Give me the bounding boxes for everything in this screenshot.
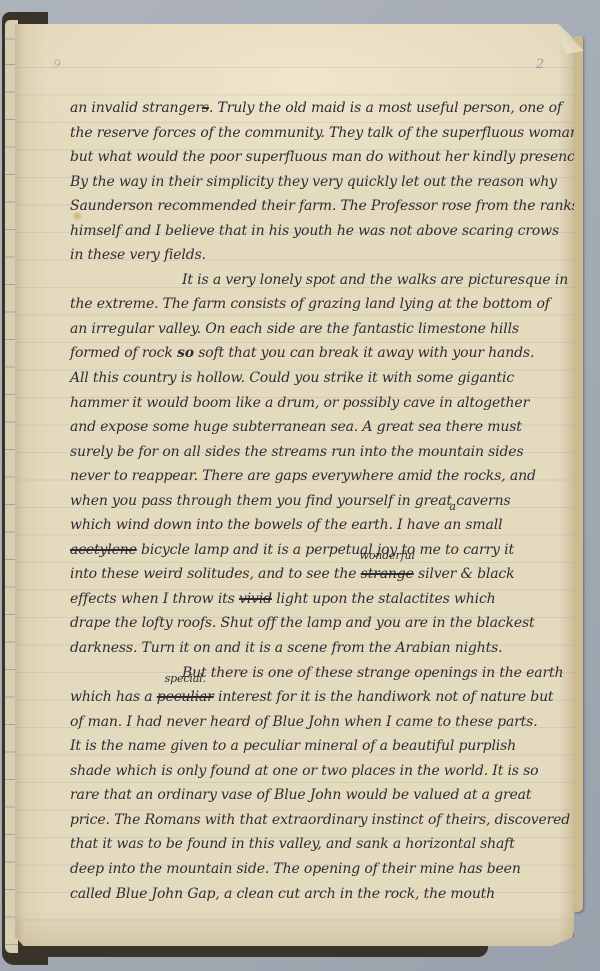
text-segment: drape the lofty roofs. Shut off the lamp… xyxy=(70,615,534,631)
text-segment: light upon the stalactites which xyxy=(272,591,496,607)
manuscript-line: But there is one of these strange openin… xyxy=(70,661,586,686)
text-segment: never to reappear. There are gaps everyw… xyxy=(70,468,536,484)
manuscript-line: an irregular valley. On each side are th… xyxy=(70,317,586,342)
page-stack-edge xyxy=(574,36,583,912)
inserted-word-above: wonderful xyxy=(360,550,415,561)
text-segment: in these very fields. xyxy=(70,247,206,263)
manuscript-line: the extreme. The farm consists of grazin… xyxy=(70,292,586,317)
text-segment: bicycle lamp and it is a perpetual joy t… xyxy=(137,542,514,558)
text-segment: soft that you can break it away with you… xyxy=(194,345,534,361)
text-segment: interest for it is the handiwork not of … xyxy=(214,689,554,705)
text-segment: which wind down into the bowels of the e… xyxy=(70,517,444,533)
manuscript-line: that it was to be found in this valley, … xyxy=(70,832,586,857)
manuscript-line: formed of rock so soft that you can brea… xyxy=(70,341,586,366)
text-segment: formed of rock xyxy=(70,345,177,361)
inserted-word-above: special. xyxy=(165,673,206,684)
text-segment: price. The Romans with that extraordinar… xyxy=(70,812,570,828)
scan-background: 9 2 an invalid strangers. Truly the old … xyxy=(0,0,600,971)
text-segment: when you pass through them you find your… xyxy=(70,493,511,509)
text-segment: silver & black xyxy=(414,566,515,582)
manuscript-line: hammer it would boom like a drum, or pos… xyxy=(70,391,586,416)
text-segment: into these weird solitudes, and to see t… xyxy=(70,566,361,582)
manuscript-line: It is a very lonely spot and the walks a… xyxy=(70,268,586,293)
manuscript-line: All this country is hollow. Could you st… xyxy=(70,366,586,391)
text-segment: the extreme. The farm consists of grazin… xyxy=(70,296,550,312)
text-segment: the reserve forces of the community. The… xyxy=(70,125,583,141)
text-segment: darkness. Turn it on and it is a scene f… xyxy=(70,640,502,656)
corrected-word: wonderfulstrange xyxy=(361,562,414,587)
manuscript-line: the reserve forces of the community. The… xyxy=(70,121,586,146)
struck-word: acetylene xyxy=(70,542,137,558)
manuscript-line: when you pass through them you find your… xyxy=(70,489,586,514)
struck-word: peculiar xyxy=(157,689,214,705)
manuscript-line: acetylene bicycle lamp and it is a perpe… xyxy=(70,538,586,563)
text-segment: effects when I throw its xyxy=(70,591,239,607)
manuscript-line: It is the name given to a peculiar miner… xyxy=(70,734,586,759)
manuscript-line: into these weird solitudes, and to see t… xyxy=(70,562,586,587)
text-segment: shade which is only found at one or two … xyxy=(70,763,538,779)
text-segment: All this country is hollow. Could you st… xyxy=(70,370,514,386)
manuscript-line: rare that an ordinary vase of Blue John … xyxy=(70,783,586,808)
manuscript-line: himself and I believe that in his youth … xyxy=(70,219,586,244)
text-segment: But there is one of these strange openin… xyxy=(182,665,563,681)
struck-word: s xyxy=(202,100,209,116)
manuscript-line: but what would the poor superfluous man … xyxy=(70,145,586,170)
text-segment: an invalid stranger xyxy=(70,100,202,116)
manuscript-page: 9 2 an invalid strangers. Truly the old … xyxy=(15,24,574,946)
page-number: 2 xyxy=(536,57,544,72)
text-segment: hammer it would boom like a drum, or pos… xyxy=(70,395,529,411)
notebook-cover-bottom-edge xyxy=(18,945,488,957)
text-segment: but what would the poor superfluous man … xyxy=(70,149,587,165)
manuscript-line: deep into the mountain side. The opening… xyxy=(70,857,586,882)
text-segment: himself and I believe that in his youth … xyxy=(70,223,559,239)
manuscript-line: never to reappear. There are gaps everyw… xyxy=(70,464,586,489)
text-segment: rare that an ordinary vase of Blue John … xyxy=(70,787,531,803)
text-segment: . Truly the old maid is a most useful pe… xyxy=(209,100,562,116)
text-segment: It is the name given to a peculiar miner… xyxy=(70,738,516,754)
manuscript-line: which has a special.peculiar interest fo… xyxy=(70,685,586,710)
manuscript-line: called Blue John Gap, a clean cut arch i… xyxy=(70,882,586,907)
manuscript-line: drape the lofty roofs. Shut off the lamp… xyxy=(70,611,586,636)
text-segment: Saunderson recommended their farm. The P… xyxy=(70,198,579,214)
manuscript-line: darkness. Turn it on and it is a scene f… xyxy=(70,636,586,661)
text-segment: that it was to be found in this valley, … xyxy=(70,836,515,852)
corrected-word: aan xyxy=(444,513,461,538)
text-segment: It is a very lonely spot and the walks a… xyxy=(182,272,568,288)
text-segment: small xyxy=(461,517,502,533)
manuscript-line: price. The Romans with that extraordinar… xyxy=(70,808,586,833)
text-segment: so xyxy=(177,345,194,361)
text-segment: an xyxy=(444,517,461,533)
manuscript-line: which wind down into the bowels of the e… xyxy=(70,513,586,538)
inserted-word-above: a xyxy=(449,501,455,512)
struck-word: strange xyxy=(361,566,414,582)
text-segment: and expose some huge subterranean sea. A… xyxy=(70,419,522,435)
text-segment: deep into the mountain side. The opening… xyxy=(70,861,521,877)
text-segment: surely be for on all sides the streams r… xyxy=(70,444,523,460)
manuscript-line: Saunderson recommended their farm. The P… xyxy=(70,194,586,219)
manuscript-line: shade which is only found at one or two … xyxy=(70,759,586,784)
pencil-mark: 9 xyxy=(51,56,62,71)
corrected-word: special.peculiar xyxy=(157,685,214,710)
struck-word: vivid xyxy=(239,591,272,607)
manuscript-text: an invalid strangers. Truly the old maid… xyxy=(70,96,586,906)
text-segment: of man. I had never heard of Blue John w… xyxy=(70,714,538,730)
manuscript-line: in these very fields. xyxy=(70,243,586,268)
manuscript-line: By the way in their simplicity they very… xyxy=(70,170,586,195)
manuscript-line: surely be for on all sides the streams r… xyxy=(70,440,586,465)
manuscript-line: an invalid strangers. Truly the old maid… xyxy=(70,96,586,121)
manuscript-line: effects when I throw its vivid light upo… xyxy=(70,587,586,612)
text-segment: called Blue John Gap, a clean cut arch i… xyxy=(70,886,495,902)
text-segment: an irregular valley. On each side are th… xyxy=(70,321,519,337)
text-segment: By the way in their simplicity they very… xyxy=(70,174,557,190)
manuscript-line: of man. I had never heard of Blue John w… xyxy=(70,710,586,735)
manuscript-line: and expose some huge subterranean sea. A… xyxy=(70,415,586,440)
text-segment: which has a xyxy=(70,689,157,705)
